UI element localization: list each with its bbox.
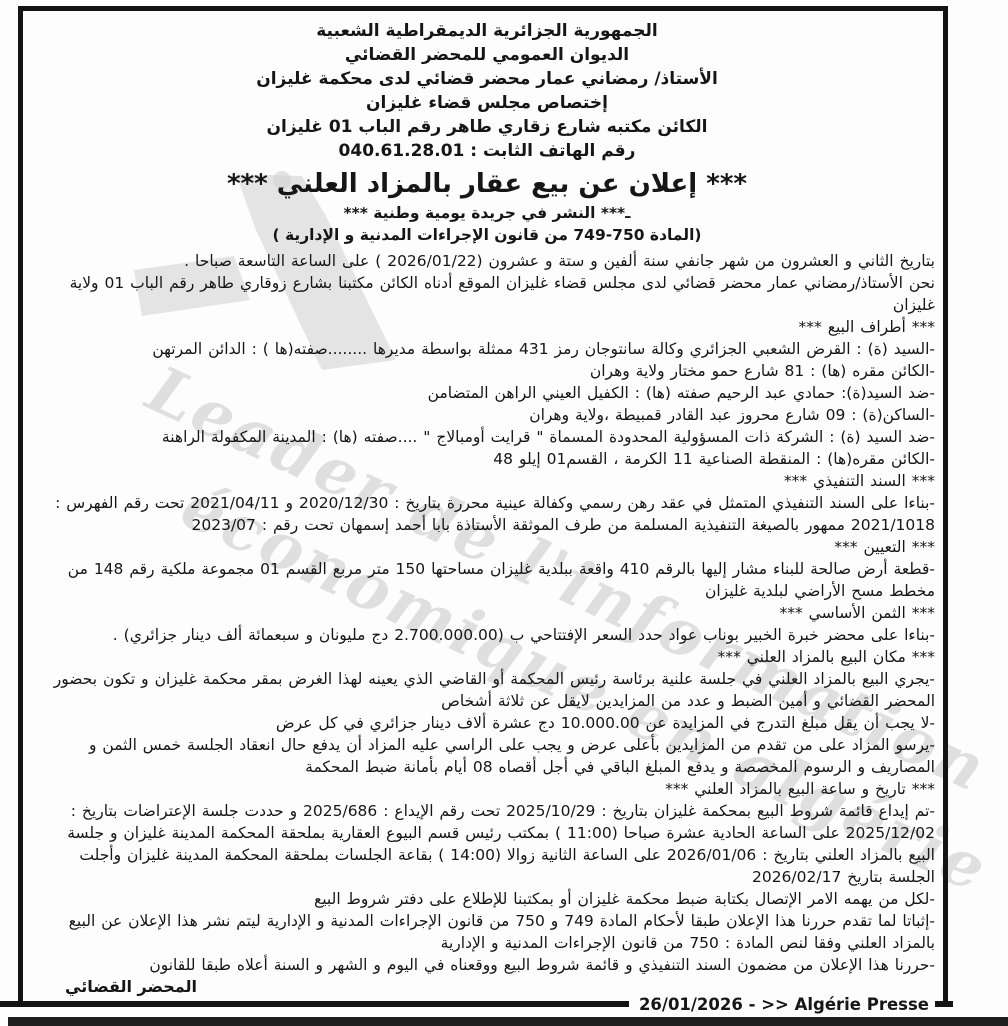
section-heading-designation: *** التعيين *** — [39, 536, 935, 558]
scanned-legal-notice-page: Leader de l'information économique en al… — [0, 0, 1008, 1026]
paragraph-creditor: -السيد (ة) : القرض الشعبي الجزائري وكالة… — [39, 338, 935, 360]
footer: 26/01/2026 - >> Algérie Presse — [0, 994, 953, 1014]
section-heading-writ: *** السند التنفيذي *** — [39, 470, 935, 492]
section-heading-auction-date: *** تاريخ و ساعة البيع بالمزاد العلني **… — [39, 778, 935, 800]
paragraph-deposit-and-sessions: -تم إيداع قائمة شروط البيع بمحكمة غليزان… — [39, 800, 935, 888]
bottom-separator-bar — [8, 1017, 1008, 1026]
paragraph-closing: -حررنا هذا الإعلان من مضمون السند التنفي… — [39, 954, 935, 976]
section-heading-base-price: *** الثمن الأساسي *** — [39, 602, 935, 624]
paragraph-date-intro: بتاريخ الثاني و العشرون من شهر جانفي سنة… — [39, 250, 935, 272]
footer-source-date: 26/01/2026 - >> Algérie Presse — [629, 995, 935, 1014]
paragraph-award-terms: -يرسو المزاد على من تقدم من المزايدين بأ… — [39, 734, 935, 778]
notice-title: *** إعلان عن بيع عقار بالمزاد العلني *** — [39, 166, 935, 202]
paragraph-bailiff-intro: نحن الأستاذ/رمضاني عمار محضر قضائي لدى م… — [39, 272, 935, 316]
header-line-bailiff: الأستاذ/ رمضاني عمار محضر قضائي لدى محكم… — [39, 67, 935, 91]
notice-frame: الجمهورية الجزائرية الديمقراطية الشعبية … — [18, 6, 948, 1003]
legal-article-reference: (المادة 750-749 من قانون الإجراءات المدن… — [39, 224, 935, 246]
paragraph-land-details: -قطعة أرض صالحة للبناء مشار إليها بالرقم… — [39, 558, 935, 602]
paragraph-debtor-company: -ضد السيد (ة) : الشركة ذات المسؤولية الم… — [39, 426, 935, 448]
paragraph-auction-procedure: -يجري البيع بالمزاد العلني في جلسة علنية… — [39, 668, 935, 712]
footer-rule-end — [935, 1001, 953, 1007]
header-line-office: الديوان العمومي للمحضر القضائي — [39, 43, 935, 67]
paragraph-contact-info: -لكل من يهمه الامر الإتصال بكتابة ضبط مح… — [39, 888, 935, 910]
paragraph-creditor-address: -الكائن مقره (ها) : 81 شارع حمو مختار ول… — [39, 360, 935, 382]
header-line-address: الكائن مكتبه شارع زقاري طاهر رقم الباب 0… — [39, 115, 935, 139]
paragraph-guarantor-address: -الساكن(ة) : 09 شارع محروز عبد القادر قم… — [39, 404, 935, 426]
header-line-phone: رقم الهاتف الثابت : 040.61.28.01 — [39, 139, 935, 163]
header-block: الجمهورية الجزائرية الديمقراطية الشعبية … — [39, 19, 935, 163]
paragraph-writ-details: -بناءا على السند التنفيذي المتمثل في عقد… — [39, 492, 935, 536]
notice-subtitle: ـ*** النشر في جريدة يومية وطنية *** — [39, 202, 935, 224]
paragraph-company-address: -الكائن مقره(ها) : المنقطة الصناعية 11 ا… — [39, 448, 935, 470]
notice-body: بتاريخ الثاني و العشرون من شهر جانفي سنة… — [39, 250, 935, 976]
paragraph-legal-basis: -إثباتا لما تقدم حررنا هذا الإعلان طبقا … — [39, 910, 935, 954]
section-heading-parties: *** أطراف البيع *** — [39, 316, 935, 338]
header-line-republic: الجمهورية الجزائرية الديمقراطية الشعبية — [39, 19, 935, 43]
paragraph-bid-increment: -لا يجب أن يقل مبلغ التدرج في المزايدة ع… — [39, 712, 935, 734]
paragraph-opening-price: -بناءا على محضر خبرة الخبير بوناب عواد ح… — [39, 624, 935, 646]
paragraph-guarantor: -ضد السيد(ة): حمادي عبد الرحيم صفته (ها)… — [39, 382, 935, 404]
section-heading-auction-place: *** مكان البيع بالمزاد العلني *** — [39, 646, 935, 668]
header-line-jurisdiction: إختصاص مجلس قضاء غليزان — [39, 91, 935, 115]
footer-rule — [0, 1001, 629, 1007]
